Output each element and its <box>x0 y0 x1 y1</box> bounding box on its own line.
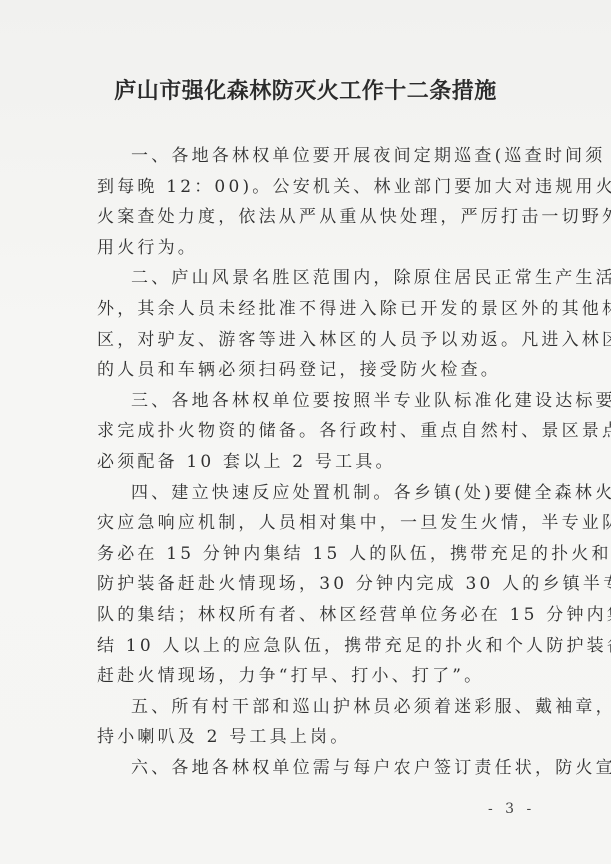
text-line: 务必在 15 分钟内集结 15 人的队伍，携带充足的扑火和个人 <box>97 539 531 570</box>
page-number: - 3 - <box>488 801 535 817</box>
document-page: 庐山市强化森林防灭火工作十二条措施 一、各地各林权单位要开展夜间定期巡查(巡查时… <box>0 0 611 864</box>
paragraph-4: 四、建立快速反应处置机制。各乡镇(处)要健全森林火 灾应急响应机制，人员相对集中… <box>97 478 531 692</box>
paragraph-6: 六、各地各林权单位需与每户农户签订责任状，防火宣 <box>97 753 531 784</box>
text-line: 的人员和车辆必须扫码登记，接受防火检查。 <box>97 355 531 386</box>
text-line: 三、各地各林权单位要按照半专业队标准化建设达标要 <box>97 386 531 417</box>
text-line: 一、各地各林权单位要开展夜间定期巡查(巡查时间须 <box>97 141 531 172</box>
document-body: 一、各地各林权单位要开展夜间定期巡查(巡查时间须 到每晚 12：00)。公安机关… <box>97 141 531 783</box>
text-line: 防护装备赶赴火情现场，30 分钟内完成 30 人的乡镇半专业 <box>97 569 531 600</box>
document-title: 庐山市强化森林防灭火工作十二条措施 <box>0 74 611 105</box>
text-line: 用火行为。 <box>97 233 531 264</box>
text-line: 火案查处力度，依法从严从重从快处理，严厉打击一切野外 <box>97 202 531 233</box>
text-line: 五、所有村干部和巡山护林员必须着迷彩服、戴袖章， <box>97 692 531 723</box>
text-line: 到每晚 12：00)。公安机关、林业部门要加大对违规用火和 <box>97 172 531 203</box>
paragraph-1: 一、各地各林权单位要开展夜间定期巡查(巡查时间须 到每晚 12：00)。公安机关… <box>97 141 531 263</box>
text-line: 四、建立快速反应处置机制。各乡镇(处)要健全森林火 <box>97 478 531 509</box>
text-line: 持小喇叭及 2 号工具上岗。 <box>97 722 531 753</box>
text-line: 外，其余人员未经批准不得进入除已开发的景区外的其他林 <box>97 294 531 325</box>
text-line: 区，对驴友、游客等进入林区的人员予以劝返。凡进入林区 <box>97 325 531 356</box>
text-line: 六、各地各林权单位需与每户农户签订责任状，防火宣 <box>97 753 531 784</box>
paragraph-5: 五、所有村干部和巡山护林员必须着迷彩服、戴袖章， 持小喇叭及 2 号工具上岗。 <box>97 692 531 753</box>
text-line: 求完成扑火物资的储备。各行政村、重点自然村、景区景点 <box>97 416 531 447</box>
paragraph-2: 二、庐山风景名胜区范围内，除原住居民正常生产生活 外，其余人员未经批准不得进入除… <box>97 263 531 385</box>
text-line: 灾应急响应机制，人员相对集中，一旦发生火情，半专业队 <box>97 508 531 539</box>
text-line: 必须配备 10 套以上 2 号工具。 <box>97 447 531 478</box>
text-line: 二、庐山风景名胜区范围内，除原住居民正常生产生活 <box>97 263 531 294</box>
text-line: 队的集结；林权所有者、林区经营单位务必在 15 分钟内集 <box>97 600 531 631</box>
paragraph-3: 三、各地各林权单位要按照半专业队标准化建设达标要 求完成扑火物资的储备。各行政村… <box>97 386 531 478</box>
text-line: 结 10 人以上的应急队伍，携带充足的扑火和个人防护装备 <box>97 631 531 662</box>
text-line: 赶赴火情现场，力争“打早、打小、打了”。 <box>97 661 531 692</box>
